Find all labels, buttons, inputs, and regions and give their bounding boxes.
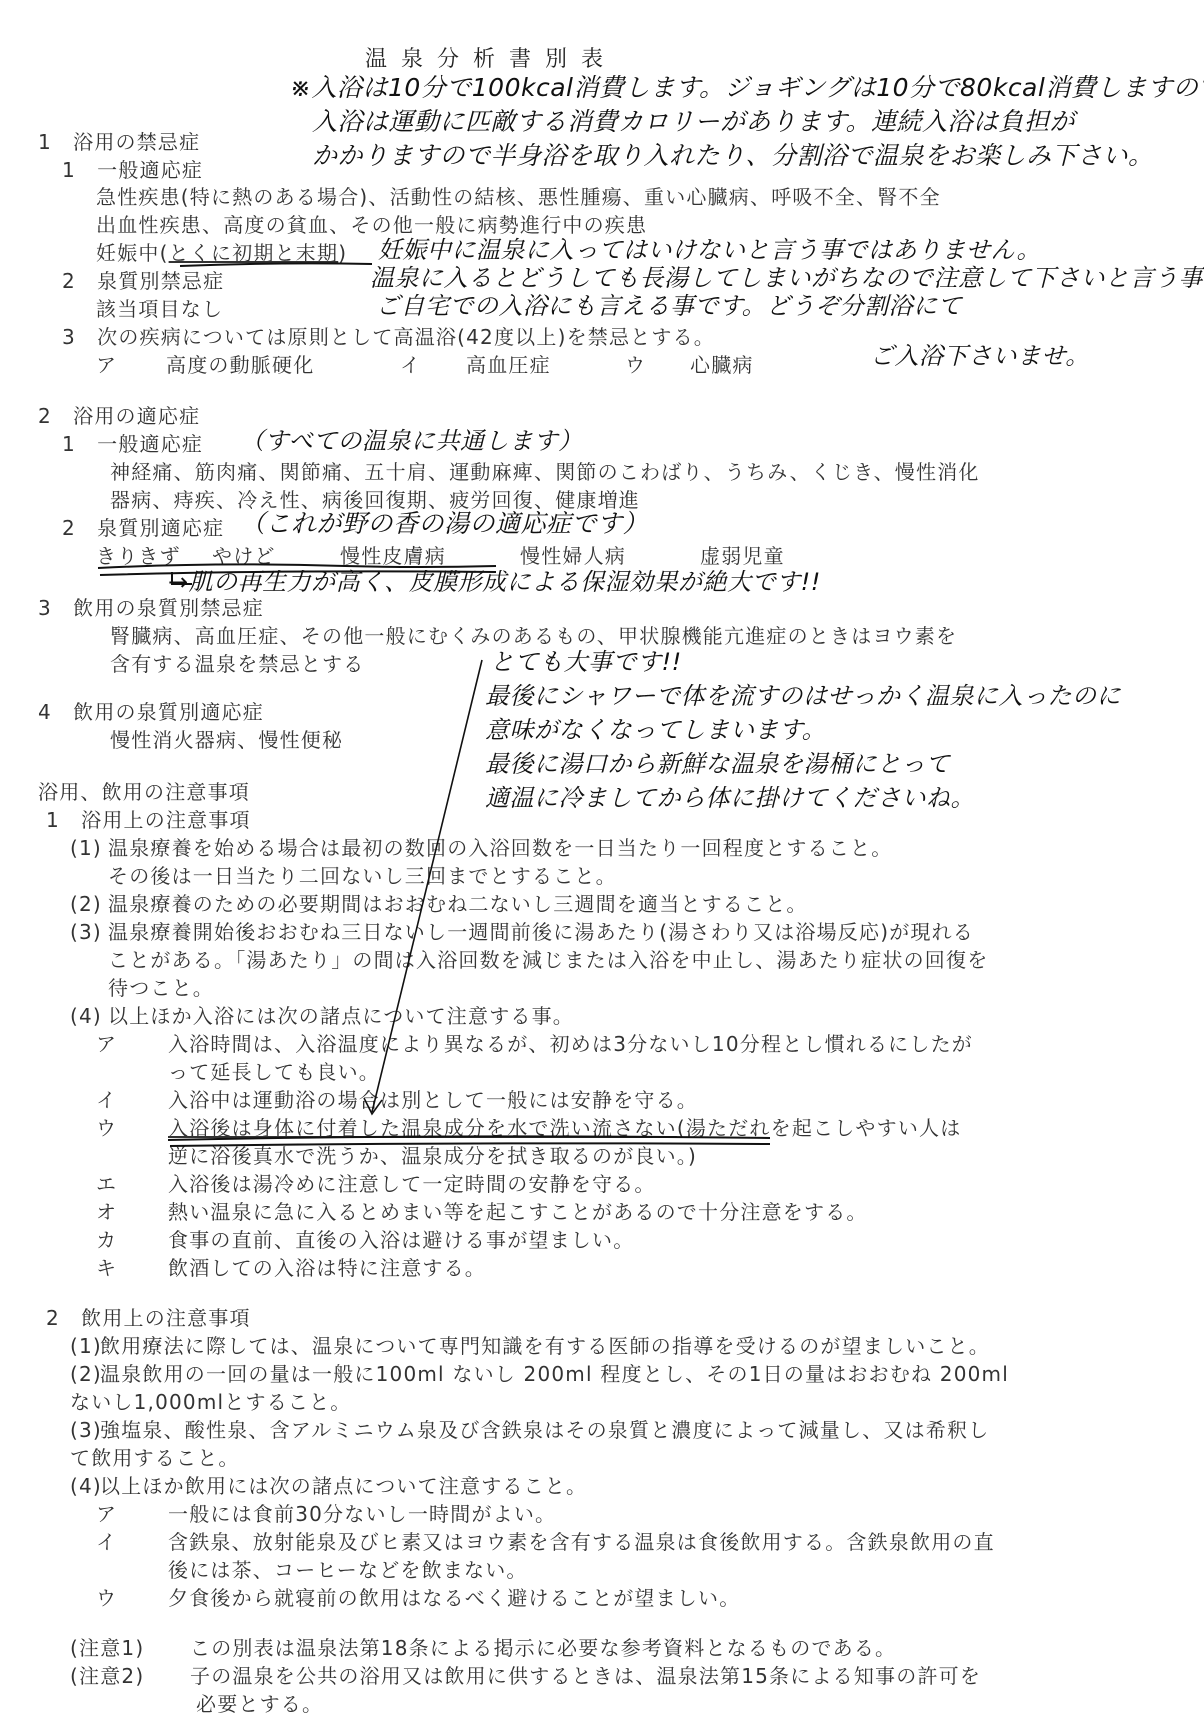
body-line: 温泉療養のための必要期間はおおむね二ないし三週間を適当とすること。 xyxy=(108,892,808,916)
body-line: 待つこと。 xyxy=(108,976,214,1000)
indication-item: 虚弱児童 xyxy=(700,544,785,568)
body-line: 飲酒しての入浴は特に注意する。 xyxy=(168,1256,486,1280)
list-mark: ウ xyxy=(625,353,646,377)
handwritten-note-calories-3: かかりますので半身浴を取り入れたり、分割浴で温泉をお楽しみ下さい。 xyxy=(312,142,1154,170)
handwritten-note-shower-4: 最後に湯口から新鮮な温泉を湯桶にとって xyxy=(485,750,950,778)
body-line: 温泉療養開始後おおむね三日ないし一週間前後に湯あたり(湯さわり又は浴場反応)が現… xyxy=(108,920,974,944)
list-mark: カ xyxy=(96,1228,117,1252)
list-mark: オ xyxy=(96,1200,117,1224)
note-text: 子の温泉を公共の浴用又は飲用に供するときは、温泉法第15条による知事の許可を xyxy=(190,1664,981,1688)
handwritten-note-calories-2: 入浴は運動に匹敵する消費カロリーがあります。連続入浴は負担が xyxy=(312,108,1075,136)
section-heading: 3 飲用の泉質別禁忌症 xyxy=(38,596,264,620)
item-number: (3) xyxy=(70,920,102,944)
body-line: 急性疾患(特に熱のある場合)、活動性の結核、悪性腫瘍、重い心臓病、呼吸不全、腎不… xyxy=(96,185,941,209)
subsection-heading: 3 次の疾病については原則として高温浴(42度以上)を禁忌とする。 xyxy=(62,325,715,349)
indication-item: やけど xyxy=(212,544,276,568)
handwritten-note-pregnancy-3: ご自宅での入浴にも言える事です。どうぞ分割浴にて xyxy=(376,292,962,320)
body-line: 入浴後は湯冷めに注意して一定時間の安静を守る。 xyxy=(168,1172,656,1196)
body-line: 出血性疾患、高度の貧血、その他一般に病勢進行中の疾患 xyxy=(96,213,647,237)
pregnancy-prefix: 妊娠中( xyxy=(96,241,169,265)
indication-item: きりきず xyxy=(96,544,181,568)
body-line: その後は一日当たり二回ないし三回までとすること。 xyxy=(108,864,617,888)
handwritten-note-calories-1: ※入浴は10分で100kcal消費します。ジョギングは10分で80kcal消費し… xyxy=(290,74,1204,102)
handwritten-note-pregnancy-1: 妊娠中に温泉に入ってはいけないと言う事ではありません。 xyxy=(378,236,1041,264)
document-title: 温泉分析書別表 xyxy=(365,48,617,72)
handwritten-note-pregnancy-4: ご入浴下さいませ。 xyxy=(870,342,1090,370)
section-heading: 4 飲用の泉質別適応症 xyxy=(38,700,264,724)
handwritten-note-shower-3: 意味がなくなってしまいます。 xyxy=(485,716,826,744)
item-number: (3) xyxy=(70,1418,102,1442)
item-number: (4) xyxy=(70,1474,102,1498)
handwritten-note-shower-5: 適温に冷ましてから体に掛けてくださいね。 xyxy=(485,784,975,812)
subsection-heading: 1 一般適応症 xyxy=(62,158,203,182)
body-line: て飲用すること。 xyxy=(70,1446,240,1470)
body-line: ことがある。「湯あたり」の間は入浴回数を減じまたは入浴を中止し、湯あたり症状の回… xyxy=(108,948,988,972)
item-number: (1) xyxy=(70,1334,102,1358)
section-heading: 2 浴用の適応症 xyxy=(38,404,200,428)
pregnancy-suffix: ) xyxy=(338,241,347,265)
note-label: (注意2) xyxy=(70,1664,144,1688)
list-mark: キ xyxy=(96,1256,117,1280)
note-text: 必要とする。 xyxy=(196,1692,323,1716)
rinse-warning-rest: (湯ただれを起こしやすい人は xyxy=(677,1116,962,1140)
body-line: 以上ほか飲用には次の諸点について注意すること。 xyxy=(100,1474,587,1498)
item-number: (1) xyxy=(70,836,102,860)
list-mark: エ xyxy=(96,1172,117,1196)
body-line: 夕食後から就寝前の飲用はなるべく避けることが望ましい。 xyxy=(168,1586,740,1610)
body-line: 慢性消火器病、慢性便秘 xyxy=(110,728,343,752)
handwritten-note-pregnancy-2: 温泉に入るとどうしても長湯してしまいがちなので注意して下さいと言う事です。 xyxy=(370,264,1204,292)
body-line: 入浴時間は、入浴温度により異なるが、初めは3分ないし10分程とし慣れるにしたが xyxy=(168,1032,973,1056)
handwritten-note-shower-1: とても大事です!! xyxy=(490,648,682,676)
body-line: 以上ほか入浴には次の諸点について注意する事。 xyxy=(108,1004,574,1028)
handwritten-note-shower-2: 最後にシャワーで体を流すのはせっかく温泉に入ったのに xyxy=(485,682,1121,710)
body-line: 該当項目なし xyxy=(96,297,223,321)
pregnancy-underlined: とくに初期と末期 xyxy=(169,241,339,265)
handwritten-note-general: （すべての温泉に共通します） xyxy=(240,427,583,455)
list-mark: イ xyxy=(96,1088,117,1112)
list-mark: ア xyxy=(96,1502,117,1526)
body-line: 後には茶、コーヒーなどを飲まない。 xyxy=(168,1558,528,1582)
body-line: 飲用療法に際しては、温泉について専門知識を有する医師の指導を受けるのが望ましいこ… xyxy=(100,1334,990,1358)
body-line: 含鉄泉、放射能泉及びヒ素又はヨウ素を含有する温泉は食後飲用する。含鉄泉飲用の直 xyxy=(168,1530,995,1554)
section-heading: 浴用、飲用の注意事項 xyxy=(38,780,250,804)
list-mark: ウ xyxy=(96,1586,117,1610)
body-line: 熱い温泉に急に入るとめまい等を起こすことがあるので十分注意をする。 xyxy=(168,1200,868,1224)
body-line: って延長しても良い。 xyxy=(168,1060,380,1084)
handwritten-note-skin: →肌の再生力が高く、皮膜形成による保湿効果が絶大です!! xyxy=(168,568,821,596)
list-mark: イ xyxy=(400,353,421,377)
list-mark: イ xyxy=(96,1530,117,1554)
note-label: (注意1) xyxy=(70,1636,144,1660)
subsection-heading: 2 泉質別禁忌症 xyxy=(62,269,224,293)
list-mark: ア xyxy=(96,353,117,377)
item-number: (2) xyxy=(70,892,102,916)
note-text: この別表は温泉法第18条による掲示に必要な参考資料となるものである。 xyxy=(190,1636,896,1660)
rinse-warning-underlined: 入浴後は身体に付着した温泉成分を水で洗い流さない xyxy=(168,1116,677,1140)
pregnancy-line: 妊娠中(とくに初期と末期) xyxy=(96,241,347,265)
subsection-heading: 2 泉質別適応症 xyxy=(62,516,224,540)
list-mark: ア xyxy=(96,1032,117,1056)
body-line: ないし1,000mlとすること。 xyxy=(70,1390,352,1414)
body-line: 入浴中は運動浴の場合は別として一般には安静を守る。 xyxy=(168,1088,698,1112)
indication-item: 慢性皮膚病 xyxy=(340,544,446,568)
body-line: 含有する温泉を禁忌とする xyxy=(110,652,364,676)
body-line: 一般には食前30分ないし一時間がよい。 xyxy=(168,1502,556,1526)
subsection-heading: 2 飲用上の注意事項 xyxy=(46,1306,251,1330)
body-line: 食事の直前、直後の入浴は避ける事が望ましい。 xyxy=(168,1228,634,1252)
body-line: 入浴後は身体に付着した温泉成分を水で洗い流さない(湯ただれを起こしやすい人は xyxy=(168,1116,961,1140)
body-line: 温泉飲用の一回の量は一般に100ml ないし 200ml 程度とし、その1日の量… xyxy=(100,1362,1009,1386)
section-heading: 1 浴用の禁忌症 xyxy=(38,130,200,154)
list-item: 心臓病 xyxy=(690,353,754,377)
subsection-heading: 1 浴用上の注意事項 xyxy=(46,808,251,832)
handwritten-note-specific: （これが野の香の湯の適応症です） xyxy=(240,510,648,538)
indication-item: 慢性婦人病 xyxy=(520,544,626,568)
body-line: 強塩泉、酸性泉、含アルミニウム泉及び含鉄泉はその泉質と濃度によって減量し、又は希… xyxy=(100,1418,989,1442)
item-number: (2) xyxy=(70,1362,102,1386)
body-line: 神経痛、筋肉痛、関節痛、五十肩、運動麻痺、関節のこわばり、うちみ、くじき、慢性消… xyxy=(110,460,980,484)
item-number: (4) xyxy=(70,1004,102,1028)
list-item: 高血圧症 xyxy=(466,353,551,377)
body-line: 温泉療養を始める場合は最初の数回の入浴回数を一日当たり一回程度とすること。 xyxy=(108,836,892,860)
body-line: 逆に浴後真水で洗うか、温泉成分を拭き取るのが良い。) xyxy=(168,1144,697,1168)
list-mark: ウ xyxy=(96,1116,117,1140)
subsection-heading: 1 一般適応症 xyxy=(62,432,203,456)
list-item: 高度の動脈硬化 xyxy=(166,353,314,377)
body-line: 腎臓病、高血圧症、その他一般にむくみのあるもの、甲状腺機能亢進症のときはヨウ素を xyxy=(110,624,957,648)
